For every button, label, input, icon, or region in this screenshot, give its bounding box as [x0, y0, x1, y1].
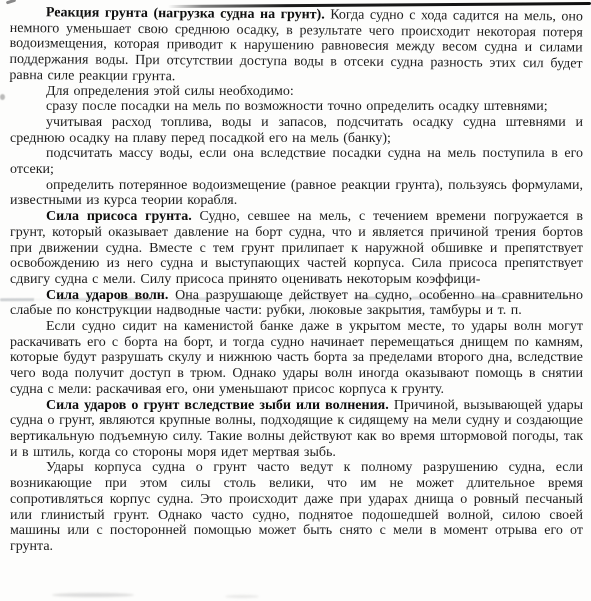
paragraph-text: Удары корпуса судна о грунт часто ведут …: [10, 460, 583, 554]
paragraph-text: Для определения этой силы необходимо:: [46, 84, 294, 99]
paragraph-lead-ground-reaction: Реакция грунта (нагрузка судна на грунт)…: [46, 5, 325, 22]
paragraph-lead-suction-force: Сила присоса грунта.: [46, 209, 192, 224]
list-item-lost-displacement: определить потерянное водоизмещение (рав…: [10, 178, 583, 209]
paragraph-ground-reaction: Реакция грунта (нагрузка судна на грунт)…: [9, 5, 583, 88]
list-item-calc-draft-afloat: учитывая расход топлива, воды и запасов,…: [10, 115, 583, 146]
list-item-measure-draft: сразу после посадки на мель по возможнос…: [10, 99, 583, 115]
scanned-page: Реакция грунта (нагрузка судна на грунт)…: [0, 0, 591, 601]
paragraph-suction-force: Сила присоса грунта. Судно, севшее на ме…: [10, 209, 583, 288]
paragraph-lead-ground-impact-swell: Сила ударов о грунт вследствие зыби или …: [46, 398, 389, 413]
paragraph-wave-impact-force: Сила ударов волн. Она разрушающе действу…: [10, 288, 583, 319]
paragraph-text: подсчитать массу воды, если она вследств…: [10, 146, 583, 177]
list-item-calc-water-mass: подсчитать массу воды, если она вследств…: [10, 146, 583, 177]
paragraph-text: Если судно сидит на каменистой банке даж…: [10, 319, 583, 397]
paragraph-rocky-bank: Если судно сидит на каменистой банке даж…: [10, 319, 583, 398]
paragraph-text: определить потерянное водоизмещение (рав…: [10, 178, 583, 209]
paragraph-lead-wave-impact: Сила ударов волн.: [46, 288, 168, 303]
paragraph-hull-impacts: Удары корпуса судна о грунт часто ведут …: [10, 460, 583, 554]
paragraph-ground-impact-swell: Сила ударов о грунт вследствие зыби или …: [10, 398, 583, 461]
paragraph-text: учитывая расход топлива, воды и запасов,…: [10, 115, 583, 146]
paragraph-text: сразу после посадки на мель по возможнос…: [46, 99, 548, 114]
